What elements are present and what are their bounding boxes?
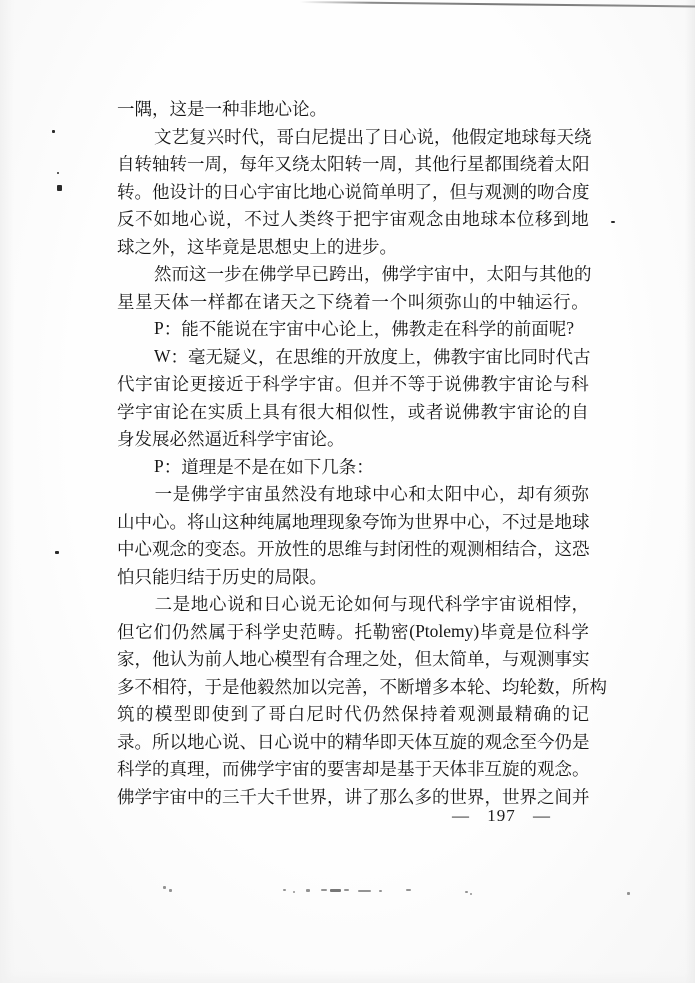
text-block: 一隅，这是一种非地心论。文艺复兴时代，哥白尼提出了日心说，他假定地球每天绕自转轴… [117, 95, 589, 810]
text-line: 自转轴转一周，每年又绕太阳转一周，其他行星都围绕着太阳 [117, 150, 589, 178]
text-line: P：道理是不是在如下几条： [117, 453, 589, 481]
text-line: P：能不能说在宇宙中心论上，佛教走在科学的前面呢? [117, 315, 589, 343]
text-line: 一隅，这是一种非地心论。 [117, 95, 589, 123]
text-line: 星星天体一样都在诸天之下绕着一个叫须弥山的中轴运行。 [117, 288, 589, 316]
scan-noise [465, 891, 468, 893]
ink-speck [611, 221, 615, 223]
scanned-book-page: 一隅，这是一种非地心论。文艺复兴时代，哥白尼提出了日心说，他假定地球每天绕自转轴… [0, 0, 695, 983]
scan-edge-line [300, 1, 695, 7]
text-line: 身发展必然逼近科学宇宙论。 [117, 425, 589, 453]
page-number: — 197 — [452, 806, 551, 826]
scan-noise [344, 889, 349, 891]
text-line: 筑的模型即使到了哥白尼时代仍然保持着观测最精确的记 [117, 700, 589, 728]
text-line: 文艺复兴时代，哥白尼提出了日心说，他假定地球每天绕 [117, 123, 589, 151]
text-line: 代宇宙论更接近于科学宇宙。但并不等于说佛教宇宙论与科 [117, 370, 589, 398]
text-line: 山中心。将山这种纯属地理现象夸饰为世界中心，不过是地球 [117, 508, 589, 536]
text-line: W：毫无疑义，在思维的开放度上，佛教宇宙比同时代古 [117, 343, 589, 371]
text-line: 转。他设计的日心宇宙比地心说简单明了，但与观测的吻合度 [117, 178, 589, 206]
text-line: 录。所以地心说、日心说中的精华即天体互旋的观念至今仍是 [117, 728, 589, 756]
scan-noise [330, 889, 341, 892]
text-line: 一是佛学宇宙虽然没有地球中心和太阳中心，却有须弥 [117, 480, 589, 508]
text-line: 家，他认为前人地心模型有合理之处，但太简单，与观测事实 [117, 645, 589, 673]
scan-noise [406, 889, 411, 891]
text-line: 中心观念的变态。开放性的思维与封闭性的观测相结合，这恐 [117, 535, 589, 563]
text-line: 二是地心说和日心说无论如何与现代科学宇宙说相悖， [117, 590, 589, 618]
text-line: 怕只能归结于历史的局限。 [117, 563, 589, 591]
text-line: 反不如地心说，不过人类终于把宇宙观念由地球本位移到地 [117, 205, 589, 233]
scan-noise [293, 891, 295, 893]
text-line: 但它们仍然属于科学史范畴。托勒密(Ptolemy)毕竟是位科学 [117, 618, 589, 646]
scan-noise [379, 890, 382, 892]
scan-noise [306, 889, 310, 892]
ink-speck [52, 130, 55, 133]
ink-speck [57, 185, 62, 191]
text-line: 学宇宙论在实质上具有很大相似性，或者说佛教宇宙论的自 [117, 398, 589, 426]
scan-noise [627, 892, 630, 895]
scan-noise [321, 889, 327, 891]
text-line: 科学的真理，而佛学宇宙的要害却是基于天体非互旋的观念。 [117, 755, 589, 783]
text-line: 然而这一步在佛学早已跨出，佛学宇宙中，太阳与其他的 [117, 260, 589, 288]
ink-speck [55, 551, 59, 554]
text-line: 多不相符，于是他毅然加以完善，不断增多本轮、均轮数，所构 [117, 673, 589, 701]
ink-speck [57, 172, 59, 174]
scan-noise [163, 886, 166, 889]
scan-noise [470, 893, 472, 895]
scan-noise [283, 889, 286, 891]
scan-noise [358, 890, 371, 892]
text-line: 球之外，这毕竟是思想史上的进步。 [117, 233, 589, 261]
scan-noise [169, 889, 172, 892]
